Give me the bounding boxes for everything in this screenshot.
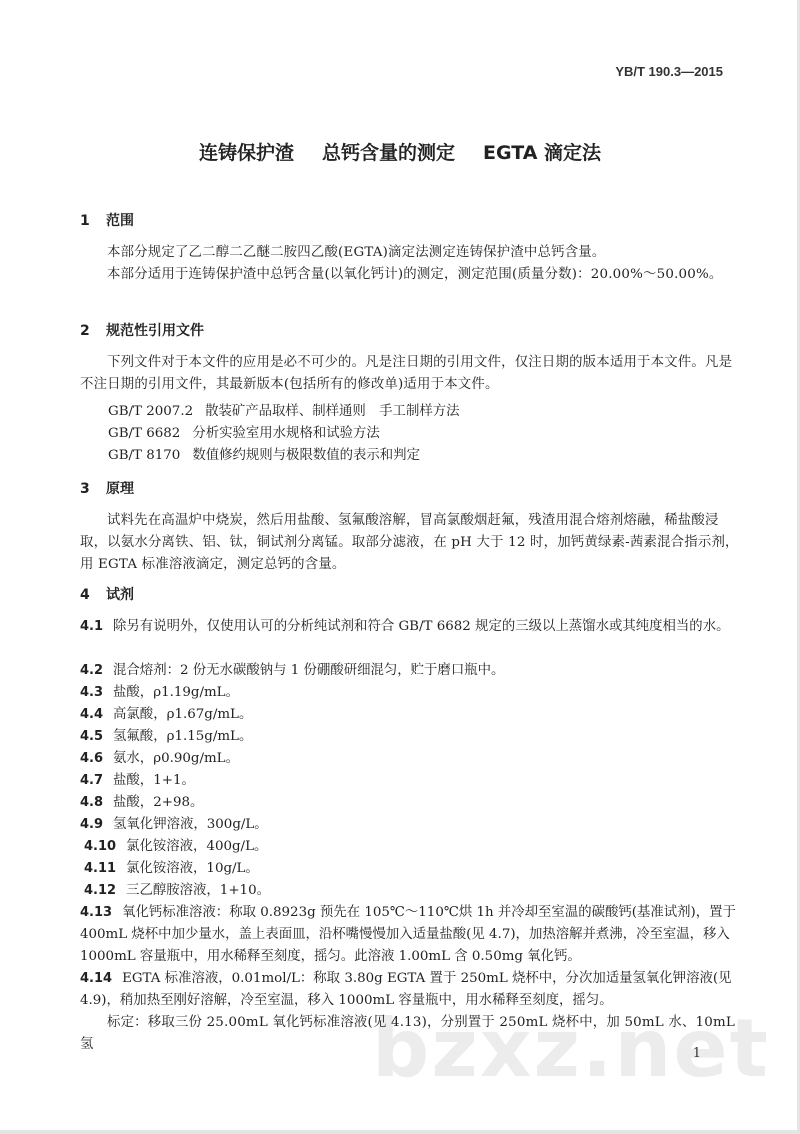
title-part-method: EGTA 滴定法 [483, 142, 601, 164]
reagent-item: 4.7盐酸，1+1。 [80, 770, 740, 792]
section-heading-principle: 3原理 [80, 478, 134, 498]
item-label: 4.13 [80, 905, 112, 920]
reference-item: GB/T 6682分析实验室用水规格和试验方法 [108, 422, 380, 441]
item-label: 4.1 [80, 619, 103, 634]
standard-code: YB/T 190.3—2015 [615, 64, 723, 79]
section-number: 4 [80, 587, 106, 603]
item-label: 4.3 [80, 685, 103, 700]
item-label: 4.2 [80, 663, 103, 678]
item-label: 4.12 [84, 883, 116, 898]
section-title: 范围 [106, 213, 134, 229]
reference-code: GB/T 6682 [108, 426, 180, 441]
section-number: 1 [80, 213, 106, 229]
paragraph: 下列文件对于本文件的应用是必不可少的。凡是注日期的引用文件，仅注日期的版本适用于… [80, 352, 740, 396]
reagent-item: 4.11氯化铵溶液，10g/L。 [80, 858, 740, 880]
item-text: 氧化钙标准溶液：称取 0.8923g 预先在 105℃～110℃烘 1h 并冷却… [80, 905, 736, 964]
reagent-item: 4.2混合熔剂：2 份无水碳酸钠与 1 份硼酸研细混匀，贮于磨口瓶中。 [80, 660, 740, 682]
paragraph: 本部分适用于连铸保护渣中总钙含量(以氧化钙计)的测定，测定范围(质量分数)：20… [80, 264, 740, 286]
section-number: 3 [80, 481, 106, 497]
document-page: bzxz.net YB/T 190.3—2015 连铸保护渣总钙含量的测定EGT… [0, 0, 800, 1134]
title-part-product: 连铸保护渣 [199, 142, 294, 164]
section-title: 原理 [106, 481, 134, 497]
reagent-item: 4.13氧化钙标准溶液：称取 0.8923g 预先在 105℃～110℃烘 1h… [80, 902, 740, 968]
reagent-item: 4.10氯化铵溶液，400g/L。 [80, 836, 740, 858]
reagent-item: 4.5氢氟酸，ρ1.15g/mL。 [80, 726, 740, 748]
title-part-analyte: 总钙含量的测定 [322, 142, 455, 164]
item-label: 4.5 [80, 729, 103, 744]
reference-code: GB/T 2007.2 [108, 404, 193, 419]
reference-code: GB/T 8170 [108, 448, 180, 463]
item-text: 盐酸，ρ1.19g/mL。 [113, 685, 239, 700]
reagent-item: 4.8盐酸，2+98。 [80, 792, 740, 814]
document-title: 连铸保护渣总钙含量的测定EGTA 滴定法 [0, 138, 800, 165]
item-label: 4.7 [80, 773, 103, 788]
item-label: 4.8 [80, 795, 103, 810]
item-text: 氢氟酸，ρ1.15g/mL。 [113, 729, 252, 744]
reference-title: 分析实验室用水规格和试验方法 [192, 426, 379, 441]
item-text: 混合熔剂：2 份无水碳酸钠与 1 份硼酸研细混匀，贮于磨口瓶中。 [113, 663, 504, 678]
paragraph: 试料先在高温炉中烧炭，然后用盐酸、氢氟酸溶解，冒高氯酸烟赶氟，残渣用混合熔剂熔融… [80, 510, 740, 576]
item-text: 高氯酸，ρ1.67g/mL。 [113, 707, 252, 722]
section-number: 2 [80, 323, 106, 339]
item-label: 4.6 [80, 751, 103, 766]
reagent-item: 4.6氨水，ρ0.90g/mL。 [80, 748, 740, 770]
section-heading-normative-references: 2规范性引用文件 [80, 320, 204, 340]
reference-title: 数值修约规则与极限数值的表示和判定 [192, 448, 420, 463]
reference-item: GB/T 2007.2散装矿产品取样、制样通则 手工制样方法 [108, 400, 460, 419]
item-label: 4.9 [80, 817, 103, 832]
section-title: 规范性引用文件 [106, 323, 204, 339]
item-text: 盐酸，1+1。 [113, 773, 195, 788]
item-text: 氨水，ρ0.90g/mL。 [113, 751, 239, 766]
item-label: 4.10 [84, 839, 116, 854]
paragraph-calibration: 标定：移取三份 25.00mL 氧化钙标准溶液(见 4.13)，分别置于 250… [80, 1012, 740, 1056]
item-text: 氯化铵溶液，10g/L。 [126, 861, 259, 876]
section-heading-scope: 1范围 [80, 210, 134, 230]
item-text: 除另有说明外，仅使用认可的分析纯试剂和符合 GB/T 6682 规定的三级以上蒸… [113, 619, 729, 634]
reagent-item: 4.14EGTA 标准溶液，0.01mol/L：称取 3.80g EGTA 置于… [80, 968, 740, 1012]
reagent-item: 4.3盐酸，ρ1.19g/mL。 [80, 682, 740, 704]
item-text: 氯化铵溶液，400g/L。 [126, 839, 267, 854]
section-heading-reagents: 4试剂 [80, 584, 134, 604]
reference-title: 散装矿产品取样、制样通则 手工制样方法 [205, 404, 459, 419]
item-text: 三乙醇胺溶液，1+10。 [126, 883, 270, 898]
item-label: 4.14 [80, 971, 112, 986]
reagent-item: 4.1除另有说明外，仅使用认可的分析纯试剂和符合 GB/T 6682 规定的三级… [80, 616, 740, 638]
item-text: 盐酸，2+98。 [113, 795, 203, 810]
item-label: 4.11 [84, 861, 116, 876]
paragraph: 本部分规定了乙二醇二乙醚二胺四乙酸(EGTA)滴定法测定连铸保护渣中总钙含量。 [80, 242, 740, 264]
item-text: EGTA 标准溶液，0.01mol/L：称取 3.80g EGTA 置于 250… [80, 971, 731, 1008]
reagent-item: 4.4高氯酸，ρ1.67g/mL。 [80, 704, 740, 726]
section-title: 试剂 [106, 587, 134, 603]
item-label: 4.4 [80, 707, 103, 722]
reference-item: GB/T 8170数值修约规则与极限数值的表示和判定 [108, 444, 420, 463]
reagent-item: 4.9氢氧化钾溶液，300g/L。 [80, 814, 740, 836]
page-number: 1 [693, 1046, 701, 1061]
item-text: 氢氧化钾溶液，300g/L。 [113, 817, 268, 832]
reagent-item: 4.12三乙醇胺溶液，1+10。 [80, 880, 740, 902]
